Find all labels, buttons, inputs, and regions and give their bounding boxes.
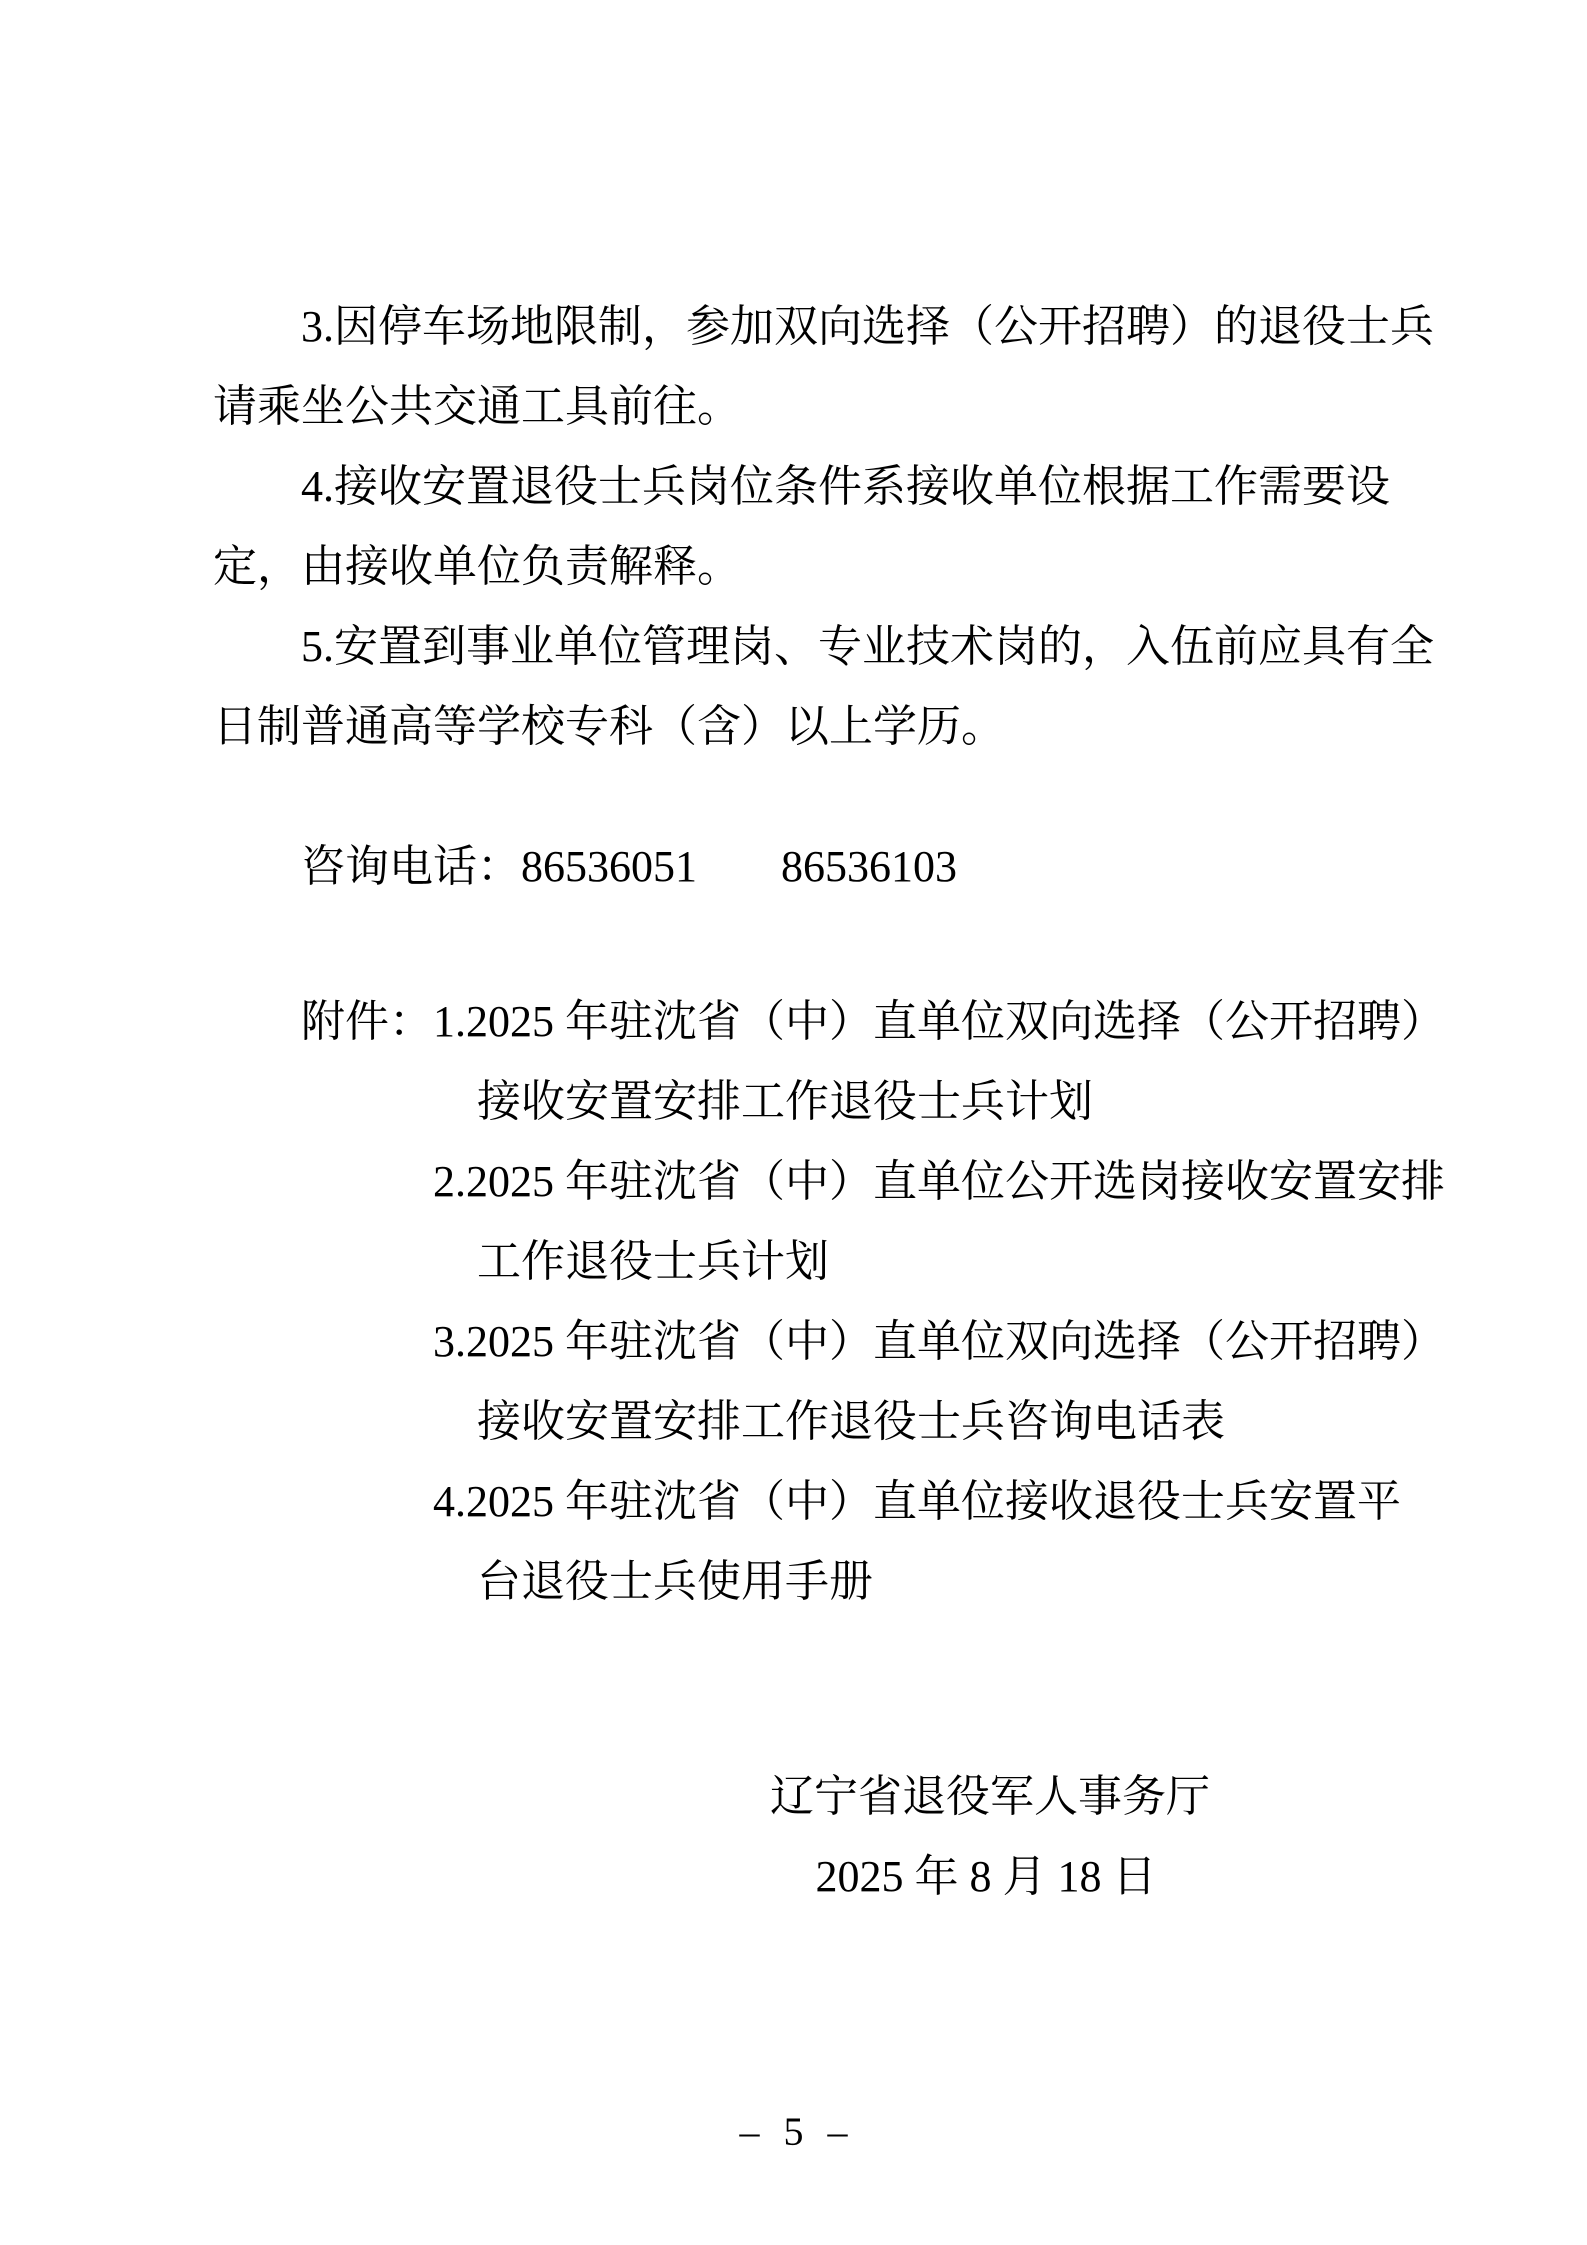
attachments-label: 附件： bbox=[301, 982, 433, 1062]
paragraph-item-3-line-2: 请乘坐公共交通工具前往。 bbox=[213, 367, 1405, 447]
paragraph-item-3-line-1: 3.因停车场地限制，参加双向选择（公开招聘）的退役士兵 bbox=[213, 287, 1405, 367]
attachment-item-1-line-2: 接收安置安排工作退役士兵计划 bbox=[433, 1062, 1445, 1142]
attachments-block: 附件： 1.2025 年驻沈省（中）直单位双向选择（公开招聘） 接收安置安排工作… bbox=[213, 982, 1405, 1622]
paragraph-item-5-line-2: 日制普通高等学校专科（含）以上学历。 bbox=[213, 687, 1405, 767]
paragraph-item-4-line-1: 4.接收安置退役士兵岗位条件系接收单位根据工作需要设 bbox=[213, 447, 1405, 527]
signature-issuer: 辽宁省退役军人事务厅 bbox=[770, 1757, 1202, 1837]
contact-label: 咨询电话： bbox=[301, 842, 521, 891]
attachment-item-1-line-1: 1.2025 年驻沈省（中）直单位双向选择（公开招聘） bbox=[433, 982, 1445, 1062]
attachment-item-2-line-2: 工作退役士兵计划 bbox=[433, 1222, 1445, 1302]
contact-phone-line: 咨询电话：8653605186536103 bbox=[213, 827, 1405, 907]
signature-block: 辽宁省退役军人事务厅 2025 年 8 月 18 日 bbox=[770, 1757, 1202, 1917]
paragraph-item-4-line-2: 定，由接收单位负责解释。 bbox=[213, 527, 1405, 607]
attachment-item-1: 1.2025 年驻沈省（中）直单位双向选择（公开招聘） 接收安置安排工作退役士兵… bbox=[433, 982, 1445, 1142]
signature-date: 2025 年 8 月 18 日 bbox=[770, 1837, 1202, 1917]
attachment-item-2: 2.2025 年驻沈省（中）直单位公开选岗接收安置安排 工作退役士兵计划 bbox=[433, 1142, 1445, 1302]
attachment-item-4-line-2: 台退役士兵使用手册 bbox=[433, 1542, 1445, 1622]
contact-phone-2: 86536103 bbox=[781, 842, 957, 891]
page-number: – 5 – bbox=[0, 2108, 1587, 2156]
attachment-item-2-line-1: 2.2025 年驻沈省（中）直单位公开选岗接收安置安排 bbox=[433, 1142, 1445, 1222]
attachment-item-3-line-1: 3.2025 年驻沈省（中）直单位双向选择（公开招聘） bbox=[433, 1302, 1445, 1382]
attachment-item-3: 3.2025 年驻沈省（中）直单位双向选择（公开招聘） 接收安置安排工作退役士兵… bbox=[433, 1302, 1445, 1462]
attachments-list: 1.2025 年驻沈省（中）直单位双向选择（公开招聘） 接收安置安排工作退役士兵… bbox=[433, 982, 1445, 1622]
attachment-item-4: 4.2025 年驻沈省（中）直单位接收退役士兵安置平 台退役士兵使用手册 bbox=[433, 1462, 1445, 1622]
document-page: 3.因停车场地限制，参加双向选择（公开招聘）的退役士兵 请乘坐公共交通工具前往。… bbox=[0, 0, 1587, 2245]
contact-phone-1: 86536051 bbox=[521, 842, 697, 891]
attachment-item-4-line-1: 4.2025 年驻沈省（中）直单位接收退役士兵安置平 bbox=[433, 1462, 1445, 1542]
document-body: 3.因停车场地限制，参加双向选择（公开招聘）的退役士兵 请乘坐公共交通工具前往。… bbox=[213, 287, 1405, 1917]
attachment-item-3-line-2: 接收安置安排工作退役士兵咨询电话表 bbox=[433, 1382, 1445, 1462]
paragraph-item-5-line-1: 5.安置到事业单位管理岗、专业技术岗的，入伍前应具有全 bbox=[213, 607, 1405, 687]
